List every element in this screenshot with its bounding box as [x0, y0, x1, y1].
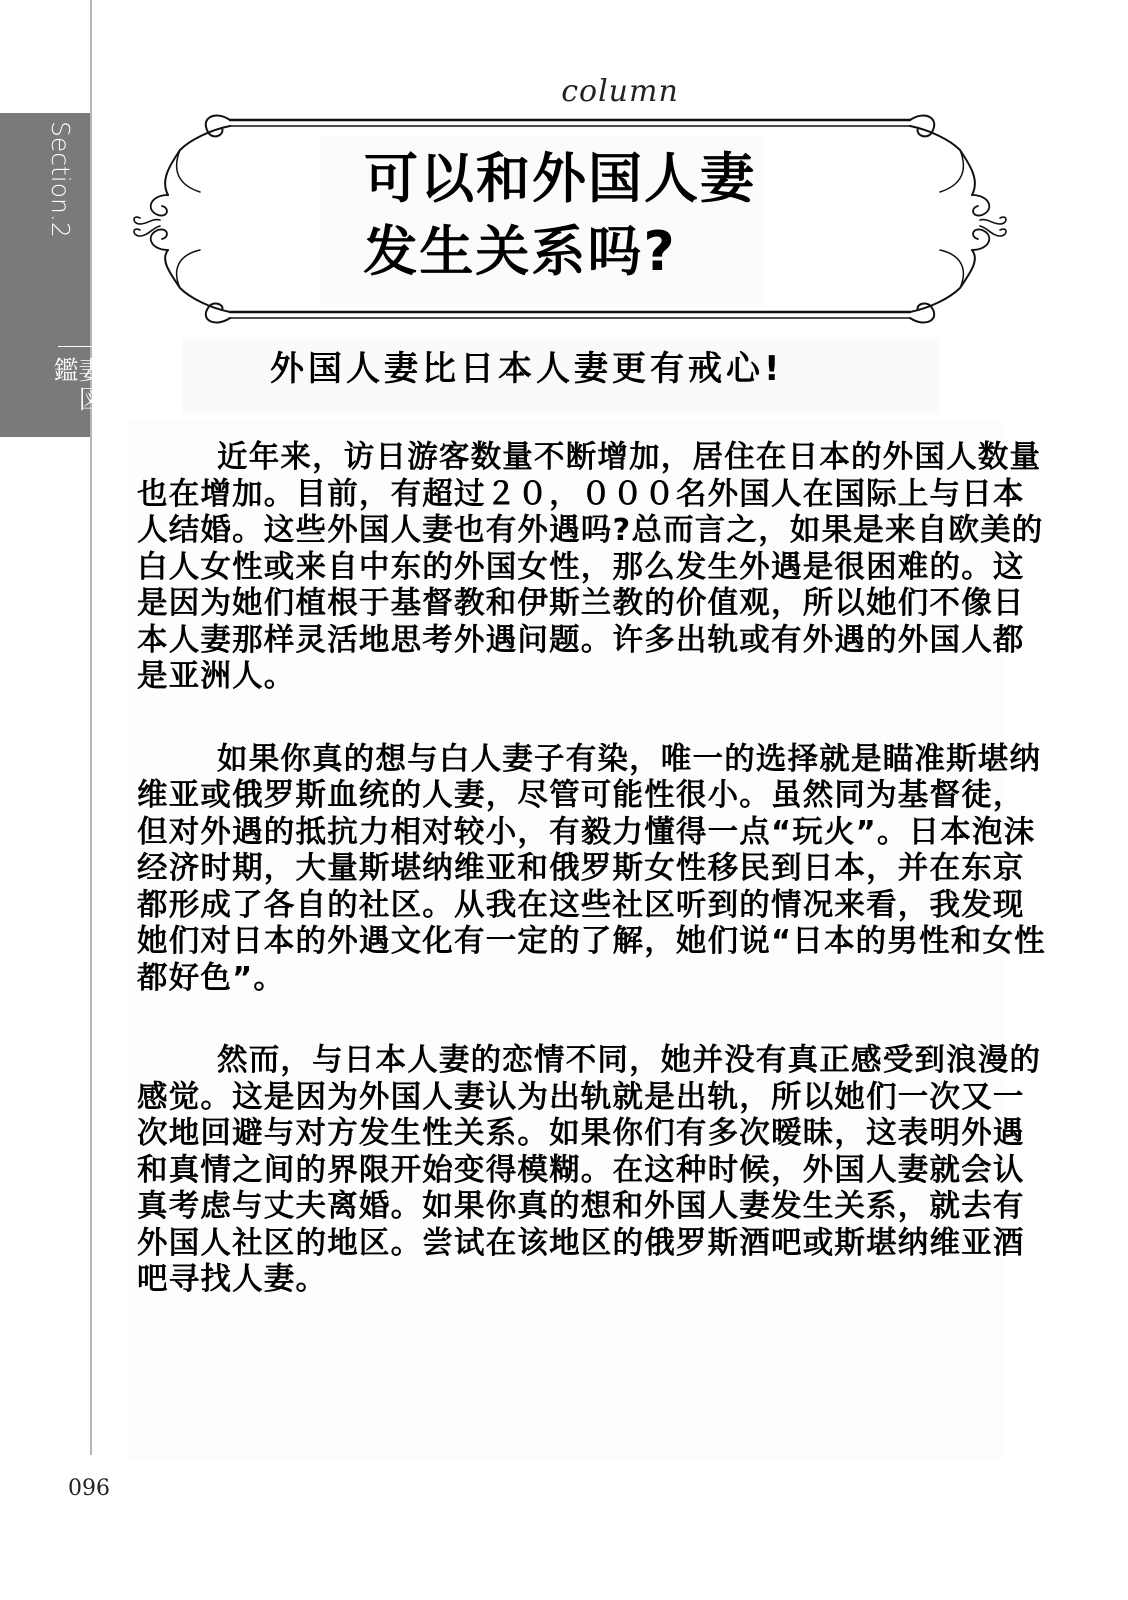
section-tab: Section.2 地方別人妻図鑑 — [0, 113, 90, 437]
paragraph-3: 然而，与日本人妻的恋情不同，她并没有真正感受到浪漫的感觉。这是因为外国人妻认为出… — [137, 1043, 1047, 1299]
paragraph-2: 如果你真的想与白人妻子有染，唯一的选择就是瞄准斯堪纳维亚或俄罗斯血统的人妻，尽管… — [137, 742, 1047, 998]
column-label-text: column — [561, 74, 679, 109]
paragraph-1: 近年来，访日游客数量不断增加，居住在日本的外国人数量也在增加。目前，有超过２０，… — [137, 440, 1047, 696]
page-number: 096 — [68, 1476, 110, 1501]
article-body: 近年来，访日游客数量不断增加，居住在日本的外国人数量也在增加。目前，有超过２０，… — [137, 440, 1047, 1345]
page-title-line-1: 可以和外国人妻 — [300, 152, 820, 206]
section-divider — [58, 346, 92, 347]
page-title-line-2: 发生关系吗? — [290, 225, 750, 279]
column-label: column — [0, 74, 1128, 109]
margin-rule — [90, 0, 92, 1455]
section-label: Section.2 — [48, 121, 73, 238]
subtitle: 外国人妻比日本人妻更有戒心! — [270, 352, 784, 386]
